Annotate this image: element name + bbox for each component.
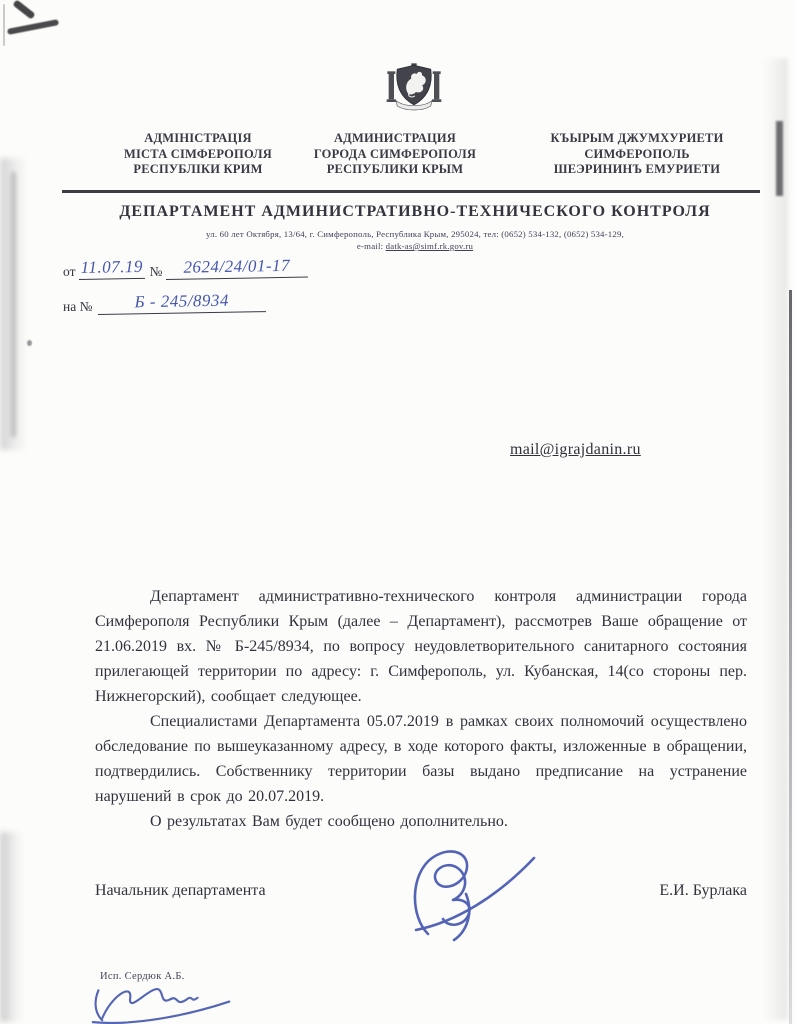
crimea-coat-of-arms-icon xyxy=(384,56,444,120)
scan-smudge-left-streak xyxy=(11,172,16,437)
handwritten-date: 11.07.19 xyxy=(79,257,145,280)
org-uk-line3: РЕСПУБЛІКИ КРИМ xyxy=(100,162,296,178)
scan-mark-top-left-2 xyxy=(7,19,59,35)
org-ru-line2: ГОРОДА СИМФЕРОПОЛЯ xyxy=(300,147,490,163)
letter-body: Департамент административно-технического… xyxy=(95,584,747,834)
recipient-email: mail@igrajdanin.ru xyxy=(510,441,641,459)
body-paragraph-3: О результатах Вам будет сообщено дополни… xyxy=(95,809,747,834)
org-name-ukrainian: АДМІНІСТРАЦІЯ МІСТА СІМФЕРОПОЛЯ РЕСПУБЛІ… xyxy=(100,131,296,178)
scan-mark-top-left-3 xyxy=(3,4,5,46)
scanned-letter-page: АДМІНІСТРАЦІЯ МІСТА СІМФЕРОПОЛЯ РЕСПУБЛІ… xyxy=(0,0,796,1024)
org-uk-line1: АДМІНІСТРАЦІЯ xyxy=(100,131,296,147)
scan-dot-left xyxy=(27,340,32,346)
reference-line-outgoing: от 11.07.19 № 2624/24/01-17 xyxy=(63,258,308,280)
department-address: ул. 60 лет Октября, 13/64, г. Симферопол… xyxy=(85,228,745,252)
org-ru-line3: РЕСПУБЛИКИ КРЫМ xyxy=(300,162,490,178)
director-signature-ink xyxy=(398,834,538,946)
signer-position: Начальник департамента xyxy=(95,882,266,900)
handwritten-incoming-number: Б - 245/8934 xyxy=(98,290,266,315)
address-line: ул. 60 лет Октября, 13/64, г. Симферопол… xyxy=(85,228,745,240)
scan-bar-right-edge xyxy=(776,121,783,196)
reply-label: на № xyxy=(63,299,92,315)
reference-line-incoming: на № Б - 245/8934 xyxy=(63,293,266,315)
org-uk-line2: МІСТА СІМФЕРОПОЛЯ xyxy=(100,147,296,163)
scan-smudge-left-lower xyxy=(0,832,24,1022)
org-ct-line2: СИМФЕРОПОЛЬ xyxy=(523,147,751,163)
scan-line-right-edge xyxy=(789,290,792,1024)
number-label: № xyxy=(149,264,162,280)
executor-signature-ink xyxy=(86,981,238,1024)
signer-name: Е.И. Бурлака xyxy=(620,882,747,900)
body-paragraph-1: Департамент административно-технического… xyxy=(95,584,747,709)
address-email-line: e-mail: datk-as@simf.rk.gov.ru xyxy=(85,240,745,252)
org-ru-line1: АДМИНИСТРАЦИЯ xyxy=(300,131,490,147)
org-ct-line3: ШЕЭРИНИНЪ ЕМУРИЕТИ xyxy=(523,162,751,178)
department-title: ДЕПАРТАМЕНТ АДМИНИСТРАТИВНО-ТЕХНИЧЕСКОГО… xyxy=(68,203,762,221)
org-name-russian: АДМИНИСТРАЦИЯ ГОРОДА СИМФЕРОПОЛЯ РЕСПУБЛ… xyxy=(300,131,490,178)
department-email: datk-as@simf.rk.gov.ru xyxy=(386,241,473,251)
letterhead-divider xyxy=(62,190,760,193)
scan-smudge-left-upper xyxy=(0,158,28,450)
org-ct-line1: КЪЫРЫМ ДЖУМХУРИЕТИ xyxy=(523,131,751,147)
from-label: от xyxy=(63,264,75,280)
org-name-crimean-tatar: КЪЫРЫМ ДЖУМХУРИЕТИ СИМФЕРОПОЛЬ ШЕЭРИНИНЪ… xyxy=(523,131,751,178)
body-paragraph-2: Специалистами Департамента 05.07.2019 в … xyxy=(95,709,747,809)
scan-mark-top-left-1 xyxy=(12,0,35,20)
handwritten-outgoing-number: 2624/24/01-17 xyxy=(166,256,308,280)
scan-shade-right-edge xyxy=(762,58,788,1020)
email-label: e-mail: xyxy=(357,241,383,251)
